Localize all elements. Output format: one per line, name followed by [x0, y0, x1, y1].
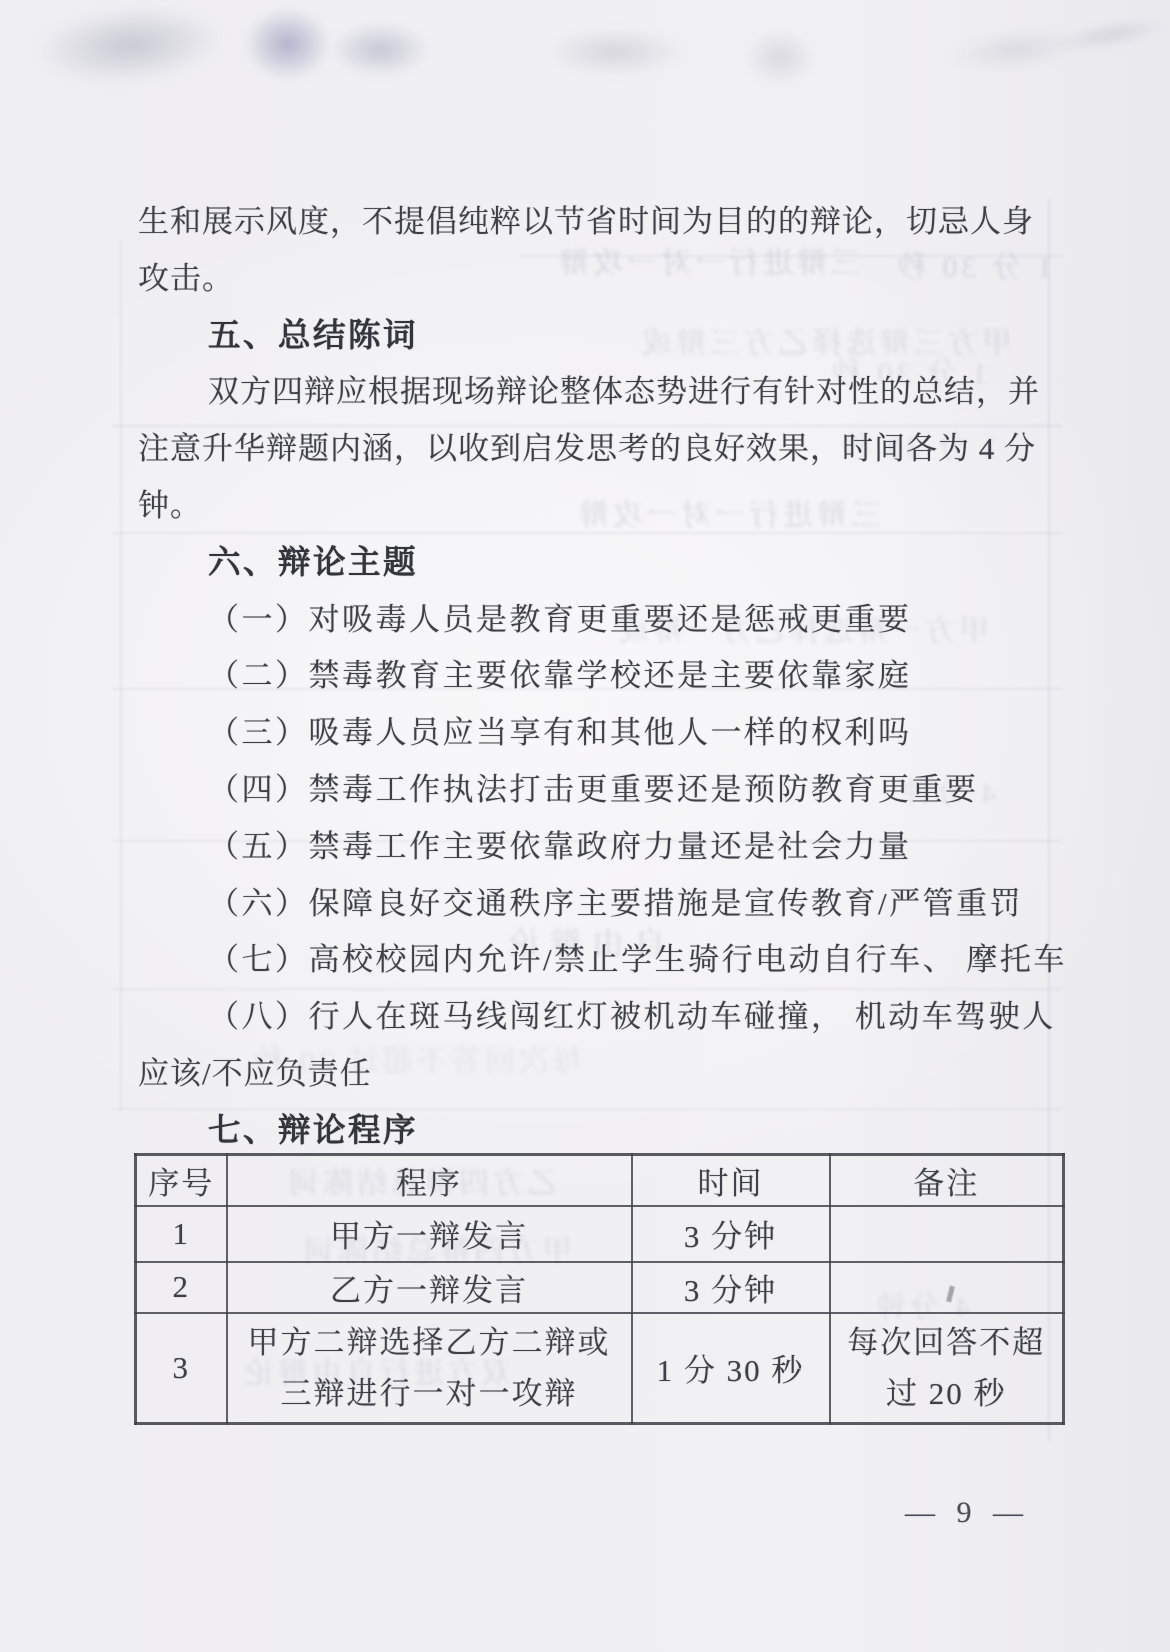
- cell-procedure: 甲方二辩选择乙方二辩或 三辩进行一对一攻辩: [227, 1313, 632, 1424]
- debate-topic-2: （二）禁毒教育主要依靠学校还是主要依靠家庭: [138, 648, 1028, 705]
- cell-remark: 每次回答不超 过 20 秒: [830, 1313, 1064, 1424]
- table-row: 1 甲方一辩发言 3 分钟: [136, 1206, 1064, 1262]
- col-header-time: 时间: [632, 1155, 830, 1206]
- section-heading-7: 七、辩论程序: [138, 1103, 1028, 1160]
- debate-topic-4: （四）禁毒工作执法打击更重要还是预防教育更重要: [138, 762, 1028, 819]
- cell-procedure: 甲方一辩发言: [227, 1206, 632, 1262]
- scanned-document-page: 三辩进行一对一攻辩 1 分 30 秒 甲方三辩选择乙方三辩或 1 分 30 秒 …: [0, 0, 1170, 1652]
- debate-procedure-table: 序号 程序 时间 备注 1 甲方一辩发言 3 分钟 2 乙方一辩发言 3 分钟 …: [134, 1153, 1065, 1425]
- cell-procedure-line1: 甲方二辩选择乙方二辩或: [228, 1317, 631, 1368]
- debate-topic-1: （一）对吸毒人员是教育更重要还是惩戒更重要: [138, 592, 1028, 649]
- bleed-line-vertical: [120, 240, 122, 1110]
- ink-smudge: [948, 23, 1081, 76]
- paragraph-line: 生和展示风度，不提倡纯粹以节省时间为目的的辩论，切忌人身: [138, 194, 1028, 251]
- document-content: 生和展示风度，不提倡纯粹以节省时间为目的的辩论，切忌人身 攻击。 五、总结陈词 …: [138, 194, 1028, 1160]
- cell-procedure-line2: 三辩进行一对一攻辩: [228, 1368, 631, 1419]
- table-header-row: 序号 程序 时间 备注: [136, 1155, 1064, 1206]
- section-heading-5: 五、总结陈词: [138, 308, 1028, 365]
- cell-number: 2: [136, 1262, 227, 1313]
- debate-topic-3: （三）吸毒人员应当享有和其他人一样的权利吗: [138, 705, 1028, 762]
- table-row: 3 甲方二辩选择乙方二辩或 三辩进行一对一攻辩 1 分 30 秒 每次回答不超 …: [136, 1313, 1064, 1424]
- cell-number: 1: [136, 1206, 227, 1262]
- cell-time: 3 分钟: [632, 1262, 830, 1313]
- cell-remark-line1: 每次回答不超: [831, 1317, 1063, 1368]
- paragraph-line: 双方四辩应根据现场辩论整体态势进行有针对性的总结，并: [138, 364, 1028, 421]
- debate-topic-8-continuation: 应该/不应负责任: [138, 1046, 1028, 1103]
- col-header-number: 序号: [136, 1155, 227, 1206]
- debate-topic-8: （八）行人在斑马线闯红灯被机动车碰撞， 机动车驾驶人: [138, 989, 1028, 1046]
- ink-smudge: [330, 22, 430, 77]
- cell-time: 1 分 30 秒: [632, 1313, 830, 1424]
- paragraph-line: 注意升华辩题内涵，以收到启发思考的良好效果，时间各为 4 分: [138, 421, 1028, 478]
- debate-topic-5: （五）禁毒工作主要依靠政府力量还是社会力量: [138, 819, 1028, 876]
- cell-remark: [830, 1206, 1064, 1262]
- paragraph-line: 攻击。: [138, 251, 1028, 308]
- cell-procedure: 乙方一辩发言: [227, 1262, 632, 1313]
- table-row: 2 乙方一辩发言 3 分钟: [136, 1262, 1064, 1313]
- cell-number: 3: [136, 1313, 227, 1424]
- col-header-remark: 备注: [830, 1155, 1064, 1206]
- section-heading-6: 六、辩论主题: [138, 535, 1028, 592]
- cell-time: 3 分钟: [632, 1206, 830, 1262]
- ink-smudge: [1054, 13, 1167, 58]
- debate-topic-7: （七）高校校园内允许/禁止学生骑行电动自行车、 摩托车: [138, 932, 1028, 989]
- cell-remark: [830, 1262, 1064, 1313]
- col-header-procedure: 程序: [227, 1155, 632, 1206]
- cell-remark-line2: 过 20 秒: [831, 1368, 1063, 1419]
- ink-smudge: [545, 28, 685, 76]
- page-number: — 9 —: [905, 1496, 1030, 1530]
- ink-smudge: [745, 30, 815, 85]
- ink-smudge: [32, 0, 228, 92]
- debate-topic-6: （六）保障良好交通秩序主要措施是宣传教育/严管重罚: [138, 876, 1028, 933]
- paragraph-line: 钟。: [138, 478, 1028, 535]
- ink-smudge: [245, 8, 330, 80]
